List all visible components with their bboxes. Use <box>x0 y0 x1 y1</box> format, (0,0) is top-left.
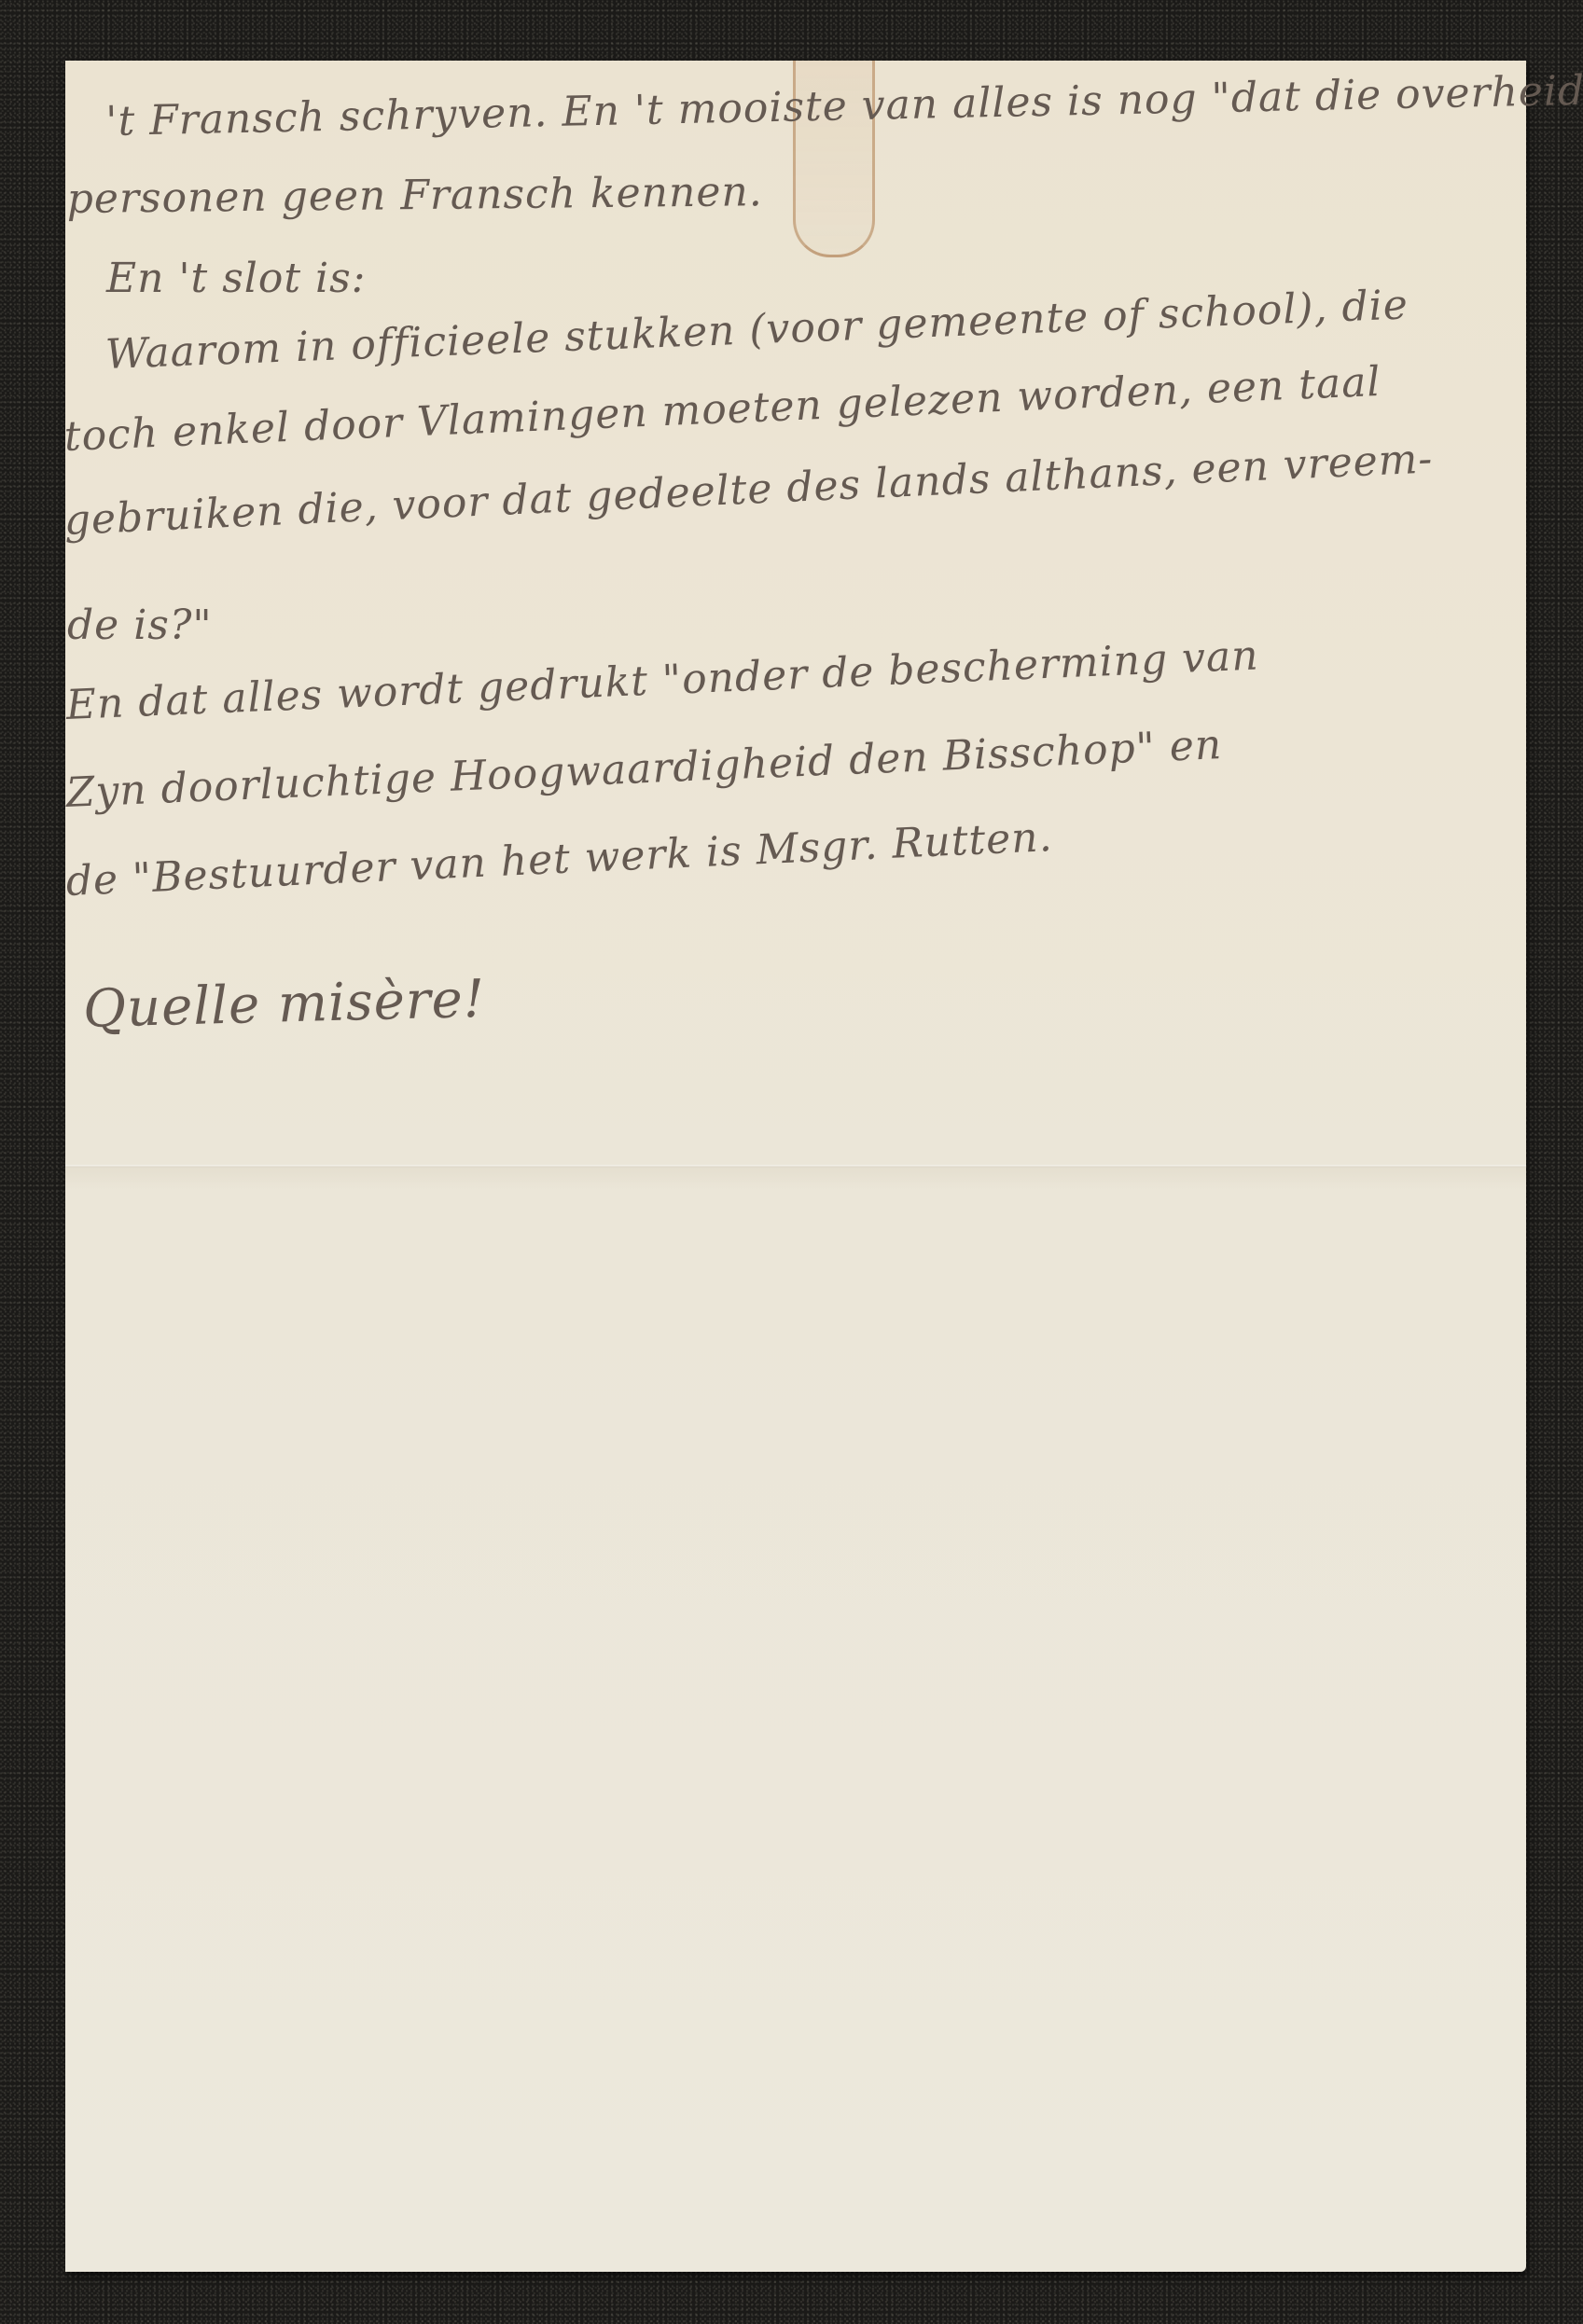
handwritten-line-7: de is?" <box>67 602 213 649</box>
handwritten-line-8: En dat alles wordt gedrukt "onder de bes… <box>65 631 1260 729</box>
fold-crease <box>65 1165 1526 1168</box>
closing-exclamation: Quelle misère! <box>82 969 486 1040</box>
handwritten-line-3: En 't slot is: <box>106 255 367 302</box>
letter-page: 't Fransch schryven. En 't mooiste van a… <box>65 61 1526 2272</box>
fold-shadow <box>65 1168 1526 1190</box>
handwritten-line-10: de "Bestuurder van het werk is Msgr. Rut… <box>65 813 1054 906</box>
handwritten-line-2: personen geen Fransch kennen. <box>66 168 762 223</box>
handwritten-line-9: Zyn doorluchtige Hoogwaardigheid den Bis… <box>65 721 1223 817</box>
